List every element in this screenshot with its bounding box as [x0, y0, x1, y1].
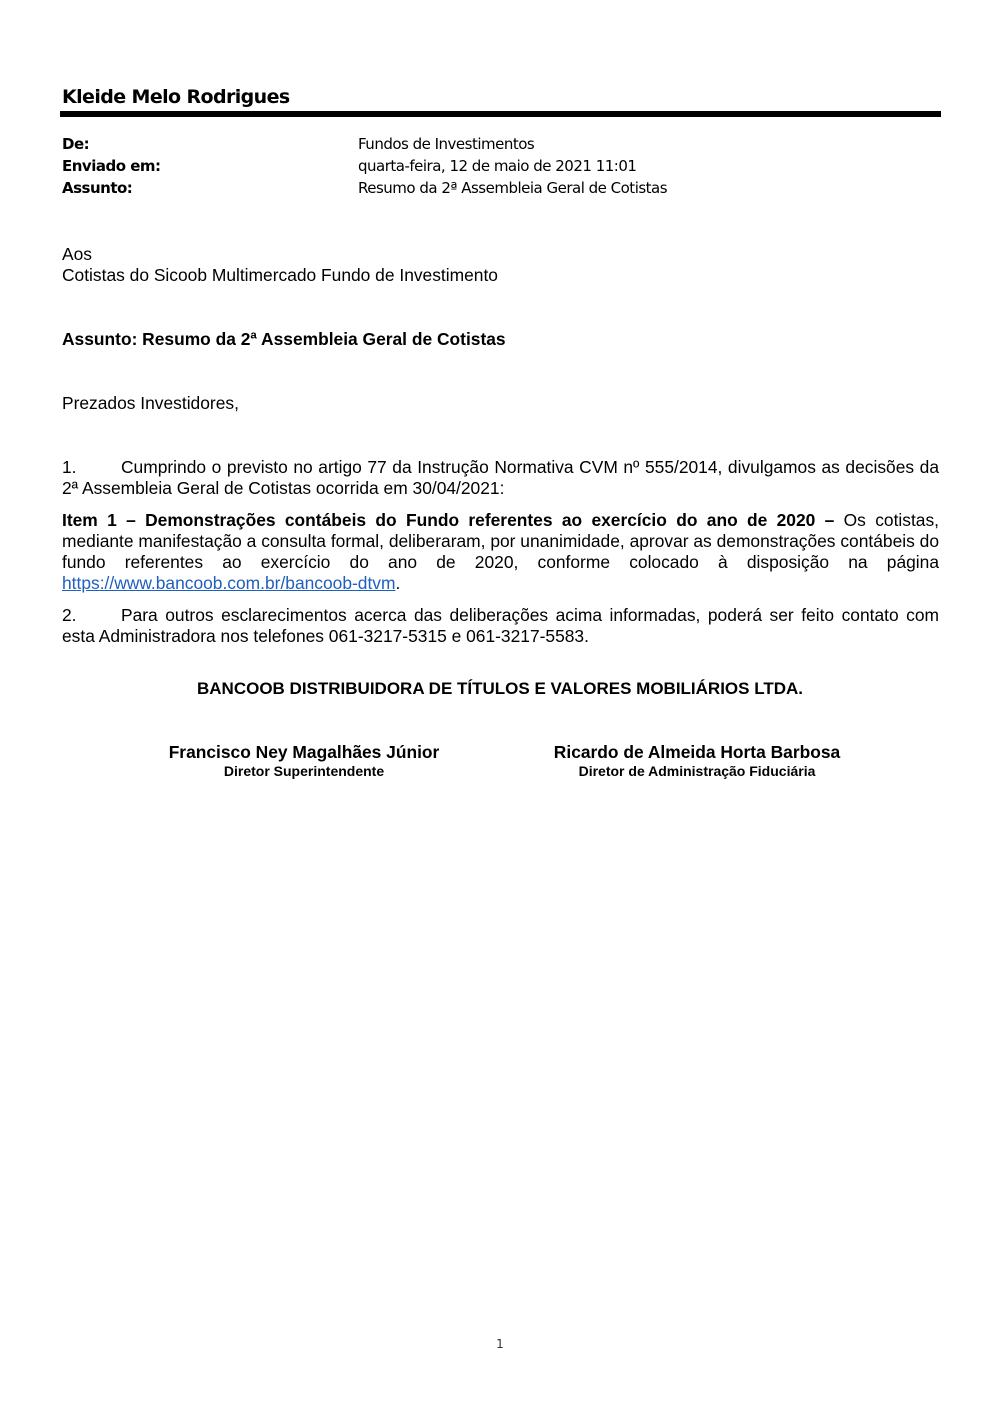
header-divider — [60, 111, 941, 117]
paragraph-2-number: 2. — [62, 605, 121, 626]
salutation: Prezados Investidores, — [62, 393, 939, 414]
paragraph-1-text: Cumprindo o previsto no artigo 77 da Ins… — [62, 457, 939, 498]
company-name: BANCOOB DISTRIBUIDORA DE TÍTULOS E VALOR… — [0, 679, 1000, 699]
item-1-heading: Item 1 – Demonstrações contábeis do Fund… — [62, 510, 834, 530]
header-from-value: Fundos de Investimentos — [358, 135, 534, 153]
signatory-2-name: Ricardo de Almeida Horta Barbosa — [497, 741, 897, 763]
paragraph-2-text: Para outros esclarecimentos acerca das d… — [62, 605, 939, 646]
header-from-label: De: — [62, 135, 89, 153]
header-sent-label: Enviado em: — [62, 157, 161, 175]
signatory-2: Ricardo de Almeida Horta Barbosa Diretor… — [497, 741, 897, 780]
greeting: Aos Cotistas do Sicoob Multimercado Fund… — [62, 244, 939, 286]
paragraph-1-number: 1. — [62, 457, 121, 478]
sender-name: Kleide Melo Rodrigues — [62, 86, 290, 108]
header-subject-label: Assunto: — [62, 179, 132, 197]
paragraph-2: 2.Para outros esclarecimentos acerca das… — [62, 605, 939, 647]
document-page: Kleide Melo Rodrigues De: Fundos de Inve… — [0, 0, 1000, 1415]
bancoob-dtvm-link[interactable]: https://www.bancoob.com.br/bancoob-dtvm — [62, 573, 396, 593]
greeting-line-2: Cotistas do Sicoob Multimercado Fundo de… — [62, 265, 939, 286]
signatory-1-title: Diretor Superintendente — [104, 763, 504, 780]
item-1-trailing: . — [396, 573, 401, 593]
greeting-line-1: Aos — [62, 244, 939, 265]
item-1: Item 1 – Demonstrações contábeis do Fund… — [62, 510, 939, 594]
page-number: 1 — [0, 1337, 1000, 1351]
signatory-1-name: Francisco Ney Magalhães Júnior — [104, 741, 504, 763]
paragraph-1: 1.Cumprindo o previsto no artigo 77 da I… — [62, 457, 939, 499]
header-sent-value: quarta-feira, 12 de maio de 2021 11:01 — [358, 157, 636, 175]
signatory-1: Francisco Ney Magalhães Júnior Diretor S… — [104, 741, 504, 780]
header-subject-value: Resumo da 2ª Assembleia Geral de Cotista… — [358, 179, 667, 197]
signatory-2-title: Diretor de Administração Fiduciária — [497, 763, 897, 780]
letter-subject: Assunto: Resumo da 2ª Assembleia Geral d… — [62, 329, 939, 350]
